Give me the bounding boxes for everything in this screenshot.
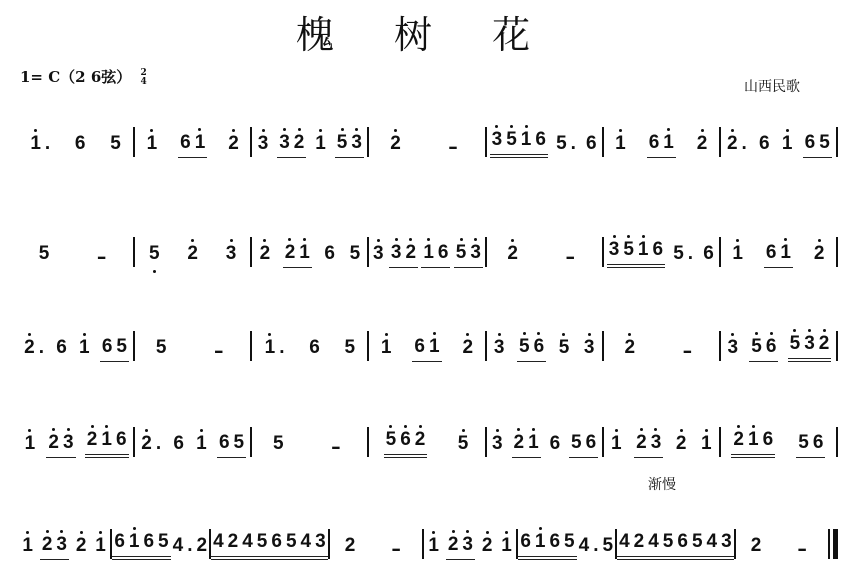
note-group: 5 [456,434,471,458]
note: 1 [379,338,394,358]
note-group: 4. [577,536,601,560]
note: 5 [796,433,811,453]
note: 4 [299,532,314,552]
note-group: 2. [22,338,46,362]
note-group: 3516 [607,240,665,268]
key-signature: 1= C（2 6弦） 24 [20,66,147,87]
note: 6 [651,240,666,260]
note: 2 [446,535,461,555]
note-group: 216 [731,430,775,458]
note: 5 [384,430,399,450]
note-group: 3 [224,244,239,268]
note: 6 [701,244,716,264]
note: 3 [582,338,597,358]
measure: 2– [487,228,602,268]
note-group: 65 [803,133,832,158]
note-group: 2 [695,134,710,158]
note-group: 5 [154,338,169,362]
note: 6 [436,243,451,263]
note-group: 1 [194,434,209,458]
note-group: 2 [622,338,637,362]
note-group: 6 [701,244,716,268]
note: 4 [617,532,632,552]
note: 4 [211,532,226,552]
measure: 2– [330,520,422,560]
note: 5 [671,244,686,264]
measure: 35165.6 [604,228,719,268]
note: 2 [731,430,746,450]
note: 5 [335,133,350,153]
note: 3 [313,532,328,552]
measure: 2– [369,118,484,158]
note-group: 2 [674,434,689,458]
note: 6 [761,430,776,450]
note: 6 [518,532,533,552]
note-group: 562 [384,430,428,458]
note: 1 [780,134,795,154]
note: 3 [349,133,364,153]
note: 5 [232,433,247,453]
note-group: 2. [139,434,163,458]
note-group: 61 [412,337,441,362]
note: 2 [413,430,428,450]
note-group: 5 [147,244,162,268]
note: 3 [468,243,483,263]
note: 2 [139,434,154,454]
staff-line: 5–5232216533216532–35165.61612 [18,228,838,268]
note-group: 1. [28,134,52,158]
note: 5 [284,532,299,552]
measure: 2– [736,520,828,560]
note-group: 61 [647,133,676,158]
measure: 35165.6 [487,118,602,158]
note: 1 [636,240,651,260]
note: 2 [85,430,100,450]
note-group: 6 [757,134,772,158]
note: 6 [54,338,69,358]
note-group: 3 [725,338,740,362]
measure: 5– [135,322,250,362]
barline [836,127,838,157]
note: 4 [646,532,661,552]
note: 1 [519,130,534,150]
note: 1 [661,133,676,153]
barline [836,427,838,457]
note-group: 5 [37,244,52,268]
note-group: 32 [389,243,418,268]
note: 5 [569,433,584,453]
note-group: 53 [335,133,364,158]
note-group: 6 [171,434,186,458]
note: 2 [725,134,740,154]
note: 6 [141,532,156,552]
note: 1 [297,243,312,263]
note: 3 [256,134,271,154]
note: 6 [811,433,826,453]
note: 2 [632,532,647,552]
hold-dash: – [383,538,409,560]
note: 6 [171,434,186,454]
measure: 1612 [721,228,836,268]
measure: 42456543 [617,520,734,560]
note: 4 [171,536,186,556]
note: 2 [292,133,307,153]
measure: 1612 [604,118,719,158]
note: 2 [185,244,200,264]
note-group: 1 [379,338,394,362]
note: 6 [73,134,88,154]
staff-line: 2.61655–1.651612356532–356532 [18,322,838,362]
note-group: 1 [609,434,624,458]
note: 6 [547,532,562,552]
note: 5 [37,244,52,264]
note: 6 [675,532,690,552]
note-group: 5 [557,338,572,362]
hold-dash: – [206,340,232,362]
note: 3 [490,130,505,150]
tempo-marking: 渐慢 [648,474,676,494]
note: 6 [412,337,427,357]
note: 1 [28,134,43,154]
note-group: 6 [73,134,88,158]
note-group: 2 [749,536,764,560]
note: 6 [764,337,779,357]
note: 2 [226,134,241,154]
note: 1 [193,133,208,153]
note-group: 6165 [518,532,576,560]
song-title: 槐 树 花 [0,4,850,59]
note: 5 [342,338,357,358]
note: . [740,134,749,154]
note-group: 56 [517,337,546,362]
note: 2 [388,134,403,154]
note-group: 3 [492,338,507,362]
measure: 12321 [604,418,719,458]
note-group: 2. [725,134,749,158]
note: 1 [194,434,209,454]
note: 1 [526,433,541,453]
note-group: 6 [548,434,563,458]
note-group: 65 [217,433,246,458]
note-group: 2 [461,338,476,362]
measure: 1.65 [18,118,133,158]
note: . [43,134,52,154]
note: 5 [156,532,171,552]
note: 2 [461,338,476,358]
note: 2 [695,134,710,154]
note: 4 [240,532,255,552]
note-group: 61 [764,243,793,268]
note-group: 6 [54,338,69,362]
note-group: 3 [371,244,386,268]
note: 5 [504,130,519,150]
note: 6 [217,433,232,453]
staff-line: 1.6516123321532–35165.616122.6165 [18,118,838,158]
hold-dash: – [675,340,701,362]
measure: 61654.2 [112,520,209,560]
measure: 1.65 [252,322,367,362]
note-group: 1 [699,434,714,458]
note: 6 [803,133,818,153]
measure: 2.6165 [135,418,250,458]
note: 4 [705,532,720,552]
note-group: 1 [730,244,745,268]
note: 1 [730,244,745,264]
note: . [569,134,578,154]
note: 1 [127,532,142,552]
note-group: 5 [342,338,357,362]
note: . [154,434,163,454]
note: 1 [427,337,442,357]
note: 6 [548,434,563,454]
note: . [686,244,695,264]
key-text: 1= C（2 6弦） [20,68,131,86]
note-group: 6543 [675,532,733,560]
note: 5 [255,532,270,552]
note-group: 1 [20,536,35,560]
note: 2 [512,433,527,453]
note: 5 [557,338,572,358]
measure: 21656 [721,418,836,458]
note: 5 [562,532,577,552]
note: . [591,536,600,556]
note: 1 [77,338,92,358]
note-group: 23 [40,535,69,560]
measure: 35653 [487,322,602,362]
note: 5 [788,334,803,354]
note: 5 [108,134,123,154]
note-group: 23 [634,433,663,458]
measure: 2.6165 [721,118,836,158]
note-group: 1 [23,434,38,458]
note: 2 [622,338,637,358]
note: 1 [613,134,628,154]
staff-line: 1232161654.2424565432–1232161654.5424565… [18,520,838,560]
note: 3 [607,240,622,260]
measure: 332153 [252,118,367,158]
note-group: 5. [671,244,695,268]
note: 2 [283,243,298,263]
note-group: 23 [46,433,75,458]
note-group: 21 [283,243,312,268]
note: 1 [778,243,793,263]
note-group: 23 [446,535,475,560]
note: 5 [348,244,363,264]
note: 2 [343,536,358,556]
note: . [37,338,46,358]
note: 6 [584,433,599,453]
note-group: 2 [185,244,200,268]
note: 5 [271,434,286,454]
measure: 123216 [18,418,133,458]
measure: 356532 [721,322,836,362]
note: 4 [577,536,592,556]
measure: 12321 [424,520,516,560]
measure: 5– [18,228,133,268]
note: 6 [269,532,284,552]
note: 1 [145,134,160,154]
measure: 1612 [369,322,484,362]
note: 5 [454,243,469,263]
note-group: 6165 [112,532,170,560]
note: 3 [490,434,505,454]
final-barline [828,529,838,559]
note-group: 5 [271,434,286,458]
note: 5 [621,240,636,260]
barline [836,331,838,361]
note: 6 [114,430,129,450]
note: 5 [147,244,162,264]
note-group: 6 [307,338,322,362]
measure: 5625 [369,418,484,458]
note: 3 [371,244,386,264]
note: 3 [649,433,664,453]
note-group: 2 [505,244,520,268]
note-group: 5. [554,134,578,158]
note-group: 4245 [211,532,269,560]
measure: 2.6165 [18,322,133,362]
note: 3 [719,532,734,552]
note-group: 1 [313,134,328,158]
note: 3 [61,433,76,453]
note: 2 [674,434,689,454]
measure: 3321653 [369,228,484,268]
note: 6 [100,337,115,357]
note-group: 3 [582,338,597,362]
note: 2 [40,535,55,555]
note-group: 1 [613,134,628,158]
note: 1 [421,243,436,263]
note-group: 3 [256,134,271,158]
measure: 12321 [18,520,110,560]
note: 5 [154,338,169,358]
note: 1 [426,536,441,556]
note: 3 [389,243,404,263]
note: 5 [554,134,569,154]
note-group: 61 [178,133,207,158]
note: 2 [22,338,37,358]
note-group: 1 [426,536,441,560]
note: 5 [690,532,705,552]
note-group: 56 [796,433,825,458]
note-group: 5 [348,244,363,268]
note: . [277,338,286,358]
note: 1 [93,536,108,556]
note: 6 [307,338,322,358]
note: 2 [480,536,495,556]
note: 1 [99,430,114,450]
note: 1 [20,536,35,556]
measure: 1612 [135,118,250,158]
hold-dash: – [789,538,815,560]
barline [836,237,838,267]
measure: 61654.5 [518,520,615,560]
measure: 523 [135,228,250,268]
note: 6 [178,133,193,153]
note: 5 [600,536,615,556]
hold-dash: – [89,246,115,268]
note-group: 2 [480,536,495,560]
note-group: 1 [93,536,108,560]
note-group: 3 [490,434,505,458]
note-group: 216 [85,430,129,458]
note-group: 4245 [617,532,675,560]
note: 6 [584,134,599,154]
note-group: 5 [108,134,123,158]
note: 6 [757,134,772,154]
note: 5 [661,532,676,552]
note: 2 [403,243,418,263]
note: 2 [46,433,61,453]
note: 5 [749,337,764,357]
note-group: 5 [600,536,615,560]
note: 5 [817,133,832,153]
note: 3 [277,133,292,153]
note: 5 [114,337,129,357]
note-group: 4. [171,536,195,560]
note-group: 2 [812,244,827,268]
note-group: 2 [258,244,273,268]
note-group: 2 [388,134,403,158]
note: 3 [54,535,69,555]
measure: 5– [252,418,367,458]
note: 6 [398,430,413,450]
hold-dash: – [557,246,583,268]
note: 3 [725,338,740,358]
note-group: 1 [77,338,92,362]
note: 1 [23,434,38,454]
hold-dash: – [440,136,466,158]
note-group: 2 [74,536,89,560]
note-group: 6543 [269,532,327,560]
note: 1 [609,434,624,454]
note: 1 [263,338,278,358]
staff-line: 1232162.61655–56253216561232121656 [18,418,838,458]
note: 2 [505,244,520,264]
measure: 321656 [487,418,602,458]
song-origin: 山西民歌 [744,76,800,96]
note: 2 [812,244,827,264]
note: 1 [533,532,548,552]
note: 2 [226,532,241,552]
note-group: 65 [100,337,129,362]
note: 2 [749,536,764,556]
note-group: 56 [569,433,598,458]
note: 2 [817,334,832,354]
note: 5 [517,337,532,357]
note: 5 [456,434,471,454]
note-group: 32 [277,133,306,158]
note-group: 2 [194,536,209,560]
note-group: 6 [584,134,599,158]
measure: 2– [604,322,719,362]
note: . [185,536,194,556]
note-group: 3516 [490,130,548,158]
note-group: 1 [499,536,514,560]
note-group: 6 [322,244,337,268]
note-group: 16 [421,243,450,268]
note: 1 [499,536,514,556]
note: 6 [764,243,779,263]
note: 6 [112,532,127,552]
note-group: 1. [263,338,287,362]
note-group: 21 [512,433,541,458]
note-group: 53 [454,243,483,268]
measure: 22165 [252,228,367,268]
note: 1 [699,434,714,454]
note: 1 [746,430,761,450]
note: 2 [74,536,89,556]
